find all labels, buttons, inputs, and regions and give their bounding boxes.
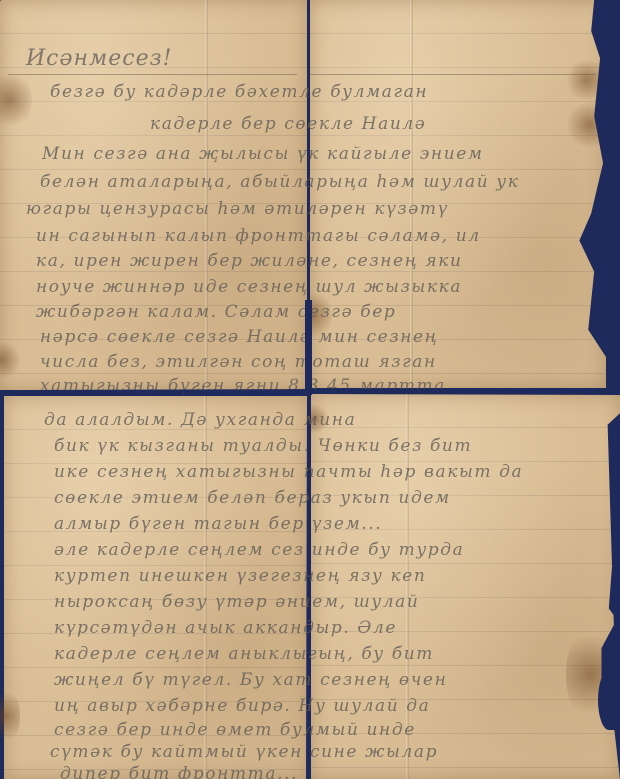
- handwritten-line: югары цензурасы һәм әтиләрен күзәтү: [26, 199, 449, 219]
- vertical-tear: [305, 300, 312, 395]
- handwritten-line: куртеп инешкен үзегезнең язу кеп: [54, 566, 426, 586]
- letter-greeting: Исәнмесез!: [26, 46, 172, 71]
- handwritten-line: кадерле сеңлем аныклыгың, бу бит: [54, 644, 434, 664]
- handwritten-line: безгә бу кадәрле бәхетле булмаган: [50, 82, 428, 102]
- water-stain: [0, 340, 20, 380]
- handwritten-line: ике сезнең хатыгызны пачты һәр вакыт да: [54, 462, 523, 482]
- handwritten-line: күрсәтүдән ачык аккандыр. Әле: [54, 618, 397, 638]
- water-stain: [568, 100, 612, 150]
- handwritten-line: ноуче жиннәр иде сезнең шул жызыкка: [36, 277, 462, 297]
- handwritten-line: числа без, этилгән соң тоташ язган: [40, 352, 437, 372]
- handwritten-line: сөекле этием беләп бераз укып идем: [54, 488, 451, 508]
- handwritten-line: дипер бит фронтта...: [60, 764, 298, 779]
- handwritten-line: жиңел бү түгел. Бу хат сезнең өчен: [54, 670, 447, 690]
- handwritten-line: жибәргән калам. Сәлам сезгә бер: [36, 302, 396, 322]
- edge-hole: [600, 224, 620, 274]
- handwritten-line: бик үк кызганы туалды. Чөнки без бит: [54, 436, 472, 456]
- handwritten-line: нәрсә сөекле сезгә Наилә мин сезнең: [40, 327, 438, 347]
- header-ruling-line: [310, 74, 596, 75]
- edge-hole: [598, 670, 620, 730]
- handwritten-line: белән аталарыңа, абыйларыңа һәм шулай ук: [40, 172, 520, 192]
- handwritten-line: кадерле бер сөекле Наилә: [150, 114, 426, 134]
- water-stain: [0, 686, 20, 746]
- handwritten-line: сүтәк бу кайтмый үкен сине жылар: [50, 742, 438, 762]
- handwritten-line: Мин сезгә ана җылысы үк кайгыле энием: [42, 144, 484, 164]
- handwritten-line: сезгә бер инде өмет булмый инде: [54, 720, 416, 740]
- handwritten-line: ныроксаң бөзу үтәр әнием, шулай: [54, 592, 419, 612]
- handwritten-line: да алалдым. Дә ухганда мина: [44, 410, 356, 430]
- handwritten-line: ин сагынып калып фронттагы сәламә, ил: [36, 226, 481, 246]
- handwritten-line: алмыр бүген тагын бер үзем...: [54, 514, 382, 534]
- handwritten-line: ка, ирен жирен бер жиләне, сезнең яки: [36, 251, 463, 271]
- water-stain: [0, 70, 32, 130]
- water-stain: [565, 60, 609, 100]
- handwritten-line: әле кадерле сеңлем сез инде бу турда: [54, 540, 464, 560]
- handwritten-line: иң авыр хәбәрне бирә. Ну шулай да: [54, 696, 430, 716]
- header-ruling-line: [8, 74, 297, 75]
